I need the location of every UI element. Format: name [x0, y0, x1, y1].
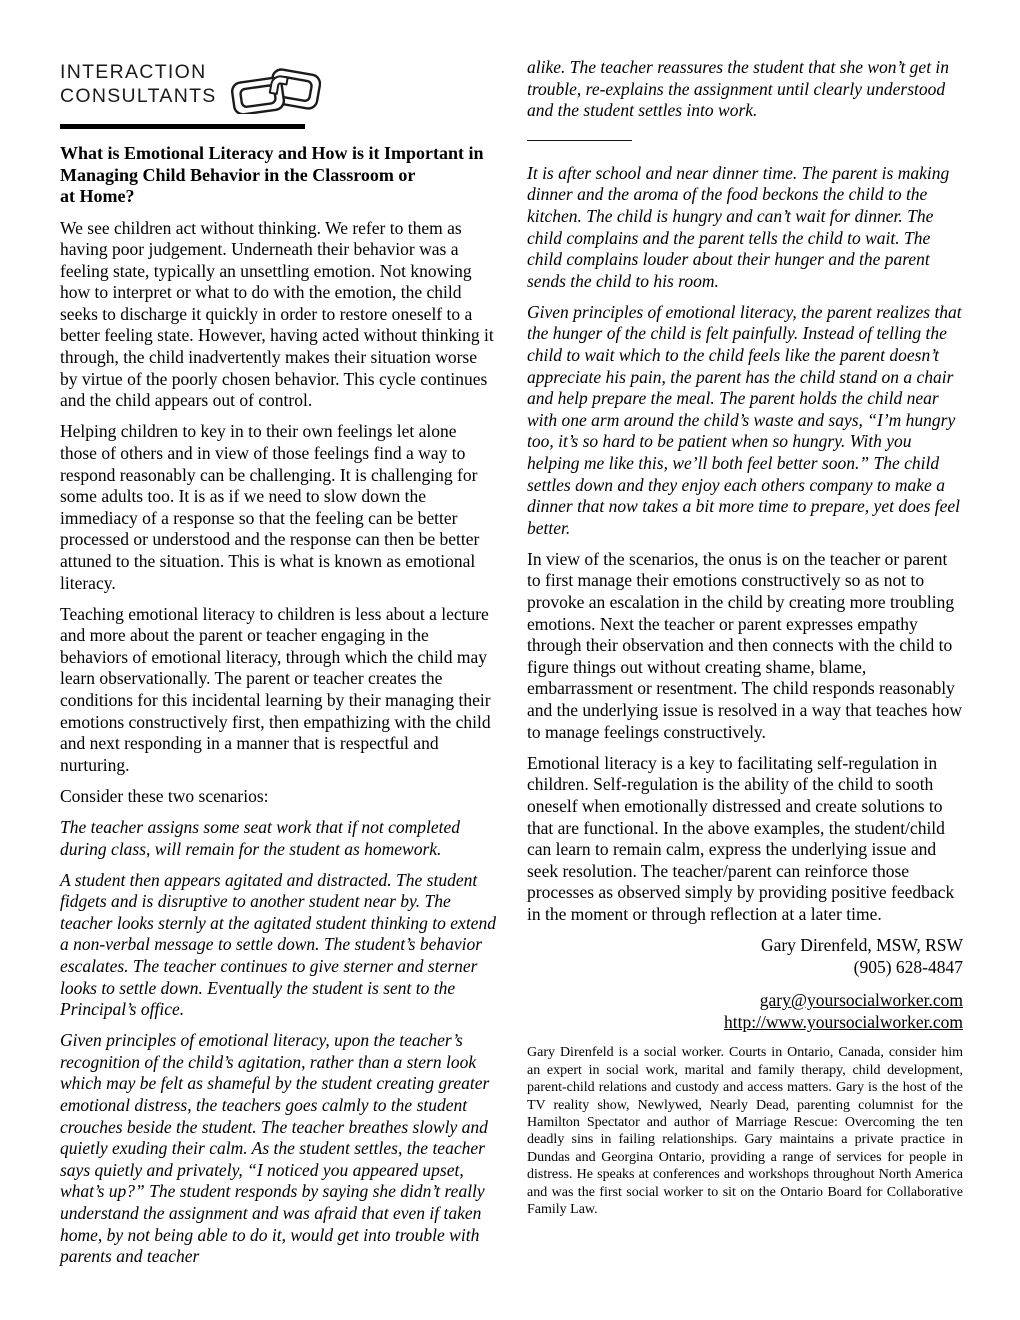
author-email-link[interactable]: gary@yoursocialworker.com: [527, 990, 963, 1012]
logo-line-2: CONSULTANTS: [60, 84, 217, 108]
author-links: gary@yoursocialworker.com http://www.you…: [527, 990, 963, 1033]
author-signature: Gary Direnfeld, MSW, RSW (905) 628-4847: [527, 935, 963, 978]
author-bio: Gary Direnfeld is a social worker. Court…: [527, 1044, 963, 1218]
document-page: INTERACTION CONSULTANTS: [0, 0, 1020, 1320]
article-title: What is Emotional Literacy and How is it…: [60, 143, 497, 208]
left-column: INTERACTION CONSULTANTS: [60, 60, 497, 1277]
paragraph: In view of the scenarios, the onus is on…: [527, 549, 963, 743]
scenario-paragraph: Given principles of emotional literacy, …: [60, 1030, 497, 1268]
author-phone: (905) 628-4847: [527, 957, 963, 979]
logo-line-1: INTERACTION: [60, 60, 217, 84]
chain-links-icon: [229, 66, 321, 114]
title-line-1: What is Emotional Literacy and How is it…: [60, 143, 497, 165]
interaction-consultants-logo: INTERACTION CONSULTANTS: [60, 60, 497, 129]
author-website-link[interactable]: http://www.yoursocialworker.com: [527, 1012, 963, 1034]
scenario-paragraph: alike. The teacher reassures the student…: [527, 57, 963, 122]
paragraph: We see children act without thinking. We…: [60, 218, 497, 412]
scenario-divider: [527, 140, 632, 141]
scenario-intro: Consider these two scenarios:: [60, 786, 497, 808]
scenario-paragraph: It is after school and near dinner time.…: [527, 163, 963, 293]
paragraph: Teaching emotional literacy to children …: [60, 604, 497, 777]
title-line-3: at Home?: [60, 186, 497, 208]
scenario-paragraph: The teacher assigns some seat work that …: [60, 817, 497, 860]
logo-underline: [60, 124, 305, 129]
scenario-paragraph: Given principles of emotional literacy, …: [527, 302, 963, 540]
author-name: Gary Direnfeld, MSW, RSW: [527, 935, 963, 957]
paragraph: Helping children to key in to their own …: [60, 421, 497, 594]
scenario-paragraph: A student then appears agitated and dist…: [60, 870, 497, 1021]
right-column: alike. The teacher reassures the student…: [527, 57, 963, 1218]
logo-text: INTERACTION CONSULTANTS: [60, 60, 217, 108]
title-line-2: Managing Child Behavior in the Classroom…: [60, 165, 497, 187]
paragraph: Emotional literacy is a key to facilitat…: [527, 753, 963, 926]
